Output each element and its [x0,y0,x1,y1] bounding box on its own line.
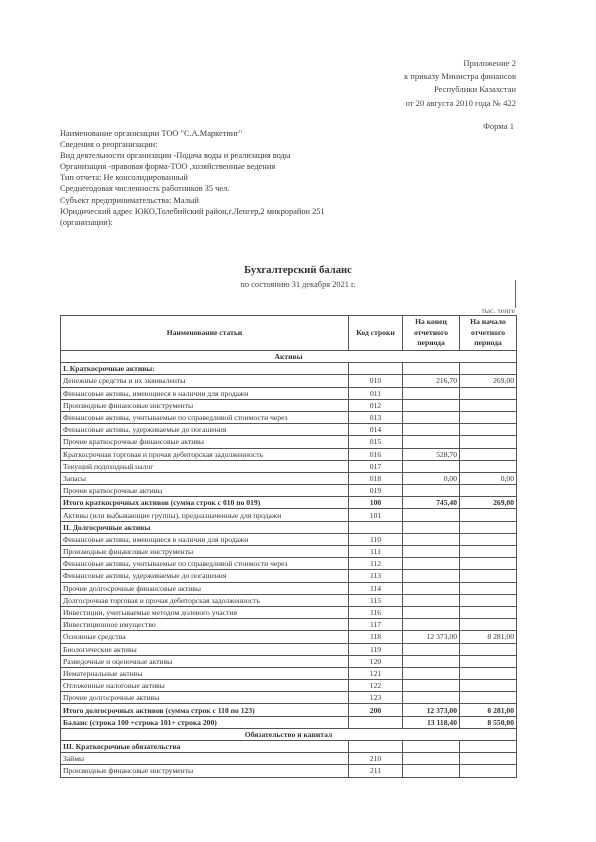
row-period-end [403,363,460,375]
row-code: 114 [349,582,403,594]
section-heading: Активы [61,351,517,363]
row-period-end [403,411,460,423]
row-period-start [460,619,517,631]
row-period-end: 13 118,40 [403,716,460,728]
row-code: 015 [349,436,403,448]
margin-line [515,280,516,308]
row-period-start [460,692,517,704]
table-row: Финансовые активы, имеющиеся в наличии д… [61,533,517,545]
form-number: Форма 1 [483,121,514,131]
row-name: Прочие долгосрочные финансовые активы [61,582,349,594]
row-name: Производные финансовые инструменты [61,399,349,411]
row-period-end: 0,00 [403,472,460,484]
row-name: Финансовые активы, имеющиеся в наличии д… [61,533,349,545]
row-code: 017 [349,460,403,472]
table-row: Производные финансовые инструменты012 [61,399,517,411]
row-name: Основные средства [61,631,349,643]
row-period-end: 12 373,00 [403,704,460,716]
row-period-start [460,606,517,618]
row-period-end [403,546,460,558]
row-period-end: 528,70 [403,448,460,460]
row-code: 117 [349,619,403,631]
row-period-start: 8 281,00 [460,631,517,643]
row-name: Инвестиционное имущество [61,619,349,631]
row-name: Финансовые активы, учитываемые по справе… [61,558,349,570]
row-period-end: 216,70 [403,375,460,387]
table-row: Биологические активы119 [61,643,517,655]
row-name: Итого долгосрочных активов (сумма строк … [61,704,349,716]
row-period-end: 745,40 [403,497,460,509]
row-name: Производные финансовые инструменты [61,765,349,777]
row-period-start [460,643,517,655]
row-code: 101 [349,509,403,521]
table-row: Производные финансовые инструменты211 [61,765,517,777]
row-code: 112 [349,558,403,570]
balance-sheet-table: Наименование статьи Код строки На конец … [60,315,517,778]
row-period-start [460,411,517,423]
row-period-end [403,485,460,497]
row-period-end [403,424,460,436]
row-code: 110 [349,533,403,545]
table-body: АктивыI. Краткосрочные активы:Денежные с… [61,351,517,778]
row-period-end [403,533,460,545]
row-period-end [403,765,460,777]
row-period-start: 269,00 [460,497,517,509]
table-row: Инвестиции, учитываемые методом долевого… [61,606,517,618]
row-period-start [460,533,517,545]
row-code: 200 [349,704,403,716]
row-name: Запасы [61,472,349,484]
row-code: 121 [349,667,403,679]
row-code: 013 [349,411,403,423]
currency-unit: тыс. тенге [475,306,515,315]
row-name: Прочие краткосрочные финансовые активы [61,436,349,448]
row-name: Баланс (строка 100 +строка 101+ строка 2… [61,716,349,728]
row-period-end [403,570,460,582]
table-row: Финансовые активы, имеющиеся в наличии д… [61,387,517,399]
row-code: 122 [349,680,403,692]
header-period-end: На конец отчетного периода [403,316,460,351]
row-period-end [403,399,460,411]
table-row: Прочие долгосрочные финансовые активы114 [61,582,517,594]
row-period-end [403,606,460,618]
row-period-start [460,753,517,765]
appendix-line: Приложение 2 [404,57,516,70]
row-period-start [460,363,517,375]
row-period-start [460,509,517,521]
row-code: 018 [349,472,403,484]
row-period-start [460,655,517,667]
table-row: Обязательство и капитал [61,728,517,740]
row-name: II. Долгосрочные активы [61,521,349,533]
table-row: Производные финансовые инструменты111 [61,546,517,558]
table-row: I. Краткосрочные активы: [61,363,517,375]
row-period-start: 8 550,00 [460,716,517,728]
row-code [349,521,403,533]
row-period-end [403,594,460,606]
table-row: Текущий подоходный налог017 [61,460,517,472]
table-row: Итого краткосрочных активов (сумма строк… [61,497,517,509]
row-name: Финансовые активы, имеющиеся в наличии д… [61,387,349,399]
table-row: III. Краткосрочные обязательства [61,741,517,753]
row-period-end [403,680,460,692]
row-name: Займы [61,753,349,765]
org-business-size: Субъект предпринимательства: Малый [60,195,325,206]
report-date: по состоянию 31 декабря 2021 г. [0,280,596,289]
row-code: 014 [349,424,403,436]
table-row: II. Долгосрочные активы [61,521,517,533]
row-code: 120 [349,655,403,667]
appendix-line: от 20 августа 2010 года № 422 [404,97,516,110]
org-headcount: Среднегодовая численность работников 35 … [60,183,325,194]
row-name: Прочие долгосрочные активы [61,692,349,704]
row-period-start: 8 281,00 [460,704,517,716]
table-row: Финансовые активы, удерживаемые до погаш… [61,424,517,436]
row-period-start: 269,00 [460,375,517,387]
table-row: Баланс (строка 100 +строка 101+ строка 2… [61,716,517,728]
org-reorganization: Сведения о реорганизации: [60,139,325,150]
row-period-start [460,460,517,472]
row-period-start [460,594,517,606]
row-period-start [460,741,517,753]
row-period-start [460,448,517,460]
row-code: 012 [349,399,403,411]
row-period-start [460,436,517,448]
table-row: Прочие краткосрочные финансовые активы01… [61,436,517,448]
row-name: Активы (или выбывающие группы), предназн… [61,509,349,521]
row-name: Текущий подоходный налог [61,460,349,472]
table-row: Прочие краткосрочные активы019 [61,485,517,497]
org-report-type: Тип отчета: Не консолидированный [60,172,325,183]
table-row: Итого долгосрочных активов (сумма строк … [61,704,517,716]
row-period-end [403,509,460,521]
row-name: III. Краткосрочные обязательства [61,741,349,753]
row-period-start [460,387,517,399]
row-period-start [460,582,517,594]
row-period-end [403,741,460,753]
row-code [349,716,403,728]
row-period-end [403,619,460,631]
table-row: Краткосрочная торговая и прочая дебиторс… [61,448,517,460]
table-row: Займы210 [61,753,517,765]
row-code: 010 [349,375,403,387]
row-period-end: 12 373,00 [403,631,460,643]
table-row: Запасы0180,000,00 [61,472,517,484]
row-period-start [460,485,517,497]
table-row: Нематериальные активы121 [61,667,517,679]
table-row: Активы [61,351,517,363]
table-row: Финансовые активы, удерживаемые до погаш… [61,570,517,582]
row-period-start: 0,00 [460,472,517,484]
row-code: 019 [349,485,403,497]
org-address-note: (организации): [60,217,325,228]
row-name: Разведочные и оценочные активы [61,655,349,667]
row-name: Денежные средства и их эквиваленты [61,375,349,387]
row-code: 116 [349,606,403,618]
organization-info: Наименование организации ТОО "С.А.Маркет… [60,128,325,228]
row-name: Нематериальные активы [61,667,349,679]
row-period-start [460,424,517,436]
table-row: Финансовые активы, учитываемые по справе… [61,411,517,423]
row-name: Финансовые активы, удерживаемые до погаш… [61,424,349,436]
row-name: Итого краткосрочных активов (сумма строк… [61,497,349,509]
table-header-row: Наименование статьи Код строки На конец … [61,316,517,351]
org-legal-form: Организация -правовая форма-ТОО ,хозяйст… [60,161,325,172]
row-name: I. Краткосрочные активы: [61,363,349,375]
section-heading: Обязательство и капитал [61,728,517,740]
table-row: Инвестиционное имущество117 [61,619,517,631]
row-code: 119 [349,643,403,655]
appendix-line: к приказу Министра финансов [404,70,516,83]
row-code: 011 [349,387,403,399]
table-row: Прочие долгосрочные активы123 [61,692,517,704]
appendix-reference: Приложение 2 к приказу Министра финансов… [404,57,516,110]
row-code: 210 [349,753,403,765]
row-code: 115 [349,594,403,606]
row-name: Краткосрочная торговая и прочая дебиторс… [61,448,349,460]
row-name: Биологические активы [61,643,349,655]
row-period-end [403,655,460,667]
row-period-end [403,582,460,594]
row-period-end [403,387,460,399]
org-name: Наименование организации ТОО "С.А.Маркет… [60,128,325,139]
row-period-start [460,765,517,777]
row-period-end [403,667,460,679]
row-period-start [460,399,517,411]
row-period-end [403,521,460,533]
row-name: Отложенные налоговые активы [61,680,349,692]
row-period-start [460,680,517,692]
table-row: Долгосрочная торговая и прочая дебиторск… [61,594,517,606]
row-code [349,741,403,753]
row-code: 016 [349,448,403,460]
table-row: Активы (или выбывающие группы), предназн… [61,509,517,521]
header-period-start: На начало отчетного периода [460,316,517,351]
row-period-start [460,546,517,558]
row-code [349,363,403,375]
row-name: Инвестиции, учитываемые методом долевого… [61,606,349,618]
row-name: Производные финансовые инструменты [61,546,349,558]
row-name: Финансовые активы, учитываемые по справе… [61,411,349,423]
row-period-start [460,570,517,582]
table-row: Отложенные налоговые активы122 [61,680,517,692]
row-name: Финансовые активы, удерживаемые до погаш… [61,570,349,582]
row-period-start [460,521,517,533]
row-name: Прочие краткосрочные активы [61,485,349,497]
row-period-end [403,436,460,448]
row-period-end [403,643,460,655]
org-address: Юридический адрес ЮКО,Толебийский район,… [60,206,325,217]
report-title: Бухгалтерский баланс [0,265,596,276]
header-line-code: Код строки [349,316,403,351]
row-period-end [403,558,460,570]
row-code: 123 [349,692,403,704]
table-row: Денежные средства и их эквиваленты010216… [61,375,517,387]
header-item-name: Наименование статьи [61,316,349,351]
org-activity: Вид деятельности организации -Подача вод… [60,150,325,161]
table-row: Основные средства11812 373,008 281,00 [61,631,517,643]
table-row: Разведочные и оценочные активы120 [61,655,517,667]
row-code: 118 [349,631,403,643]
row-period-end [403,753,460,765]
row-code: 211 [349,765,403,777]
row-period-end [403,460,460,472]
row-code: 111 [349,546,403,558]
row-period-start [460,667,517,679]
table-row: Финансовые активы, учитываемые по справе… [61,558,517,570]
appendix-line: Республики Казахстан [404,83,516,96]
row-code: 100 [349,497,403,509]
row-code: 113 [349,570,403,582]
row-name: Долгосрочная торговая и прочая дебиторск… [61,594,349,606]
row-period-end [403,692,460,704]
row-period-start [460,558,517,570]
